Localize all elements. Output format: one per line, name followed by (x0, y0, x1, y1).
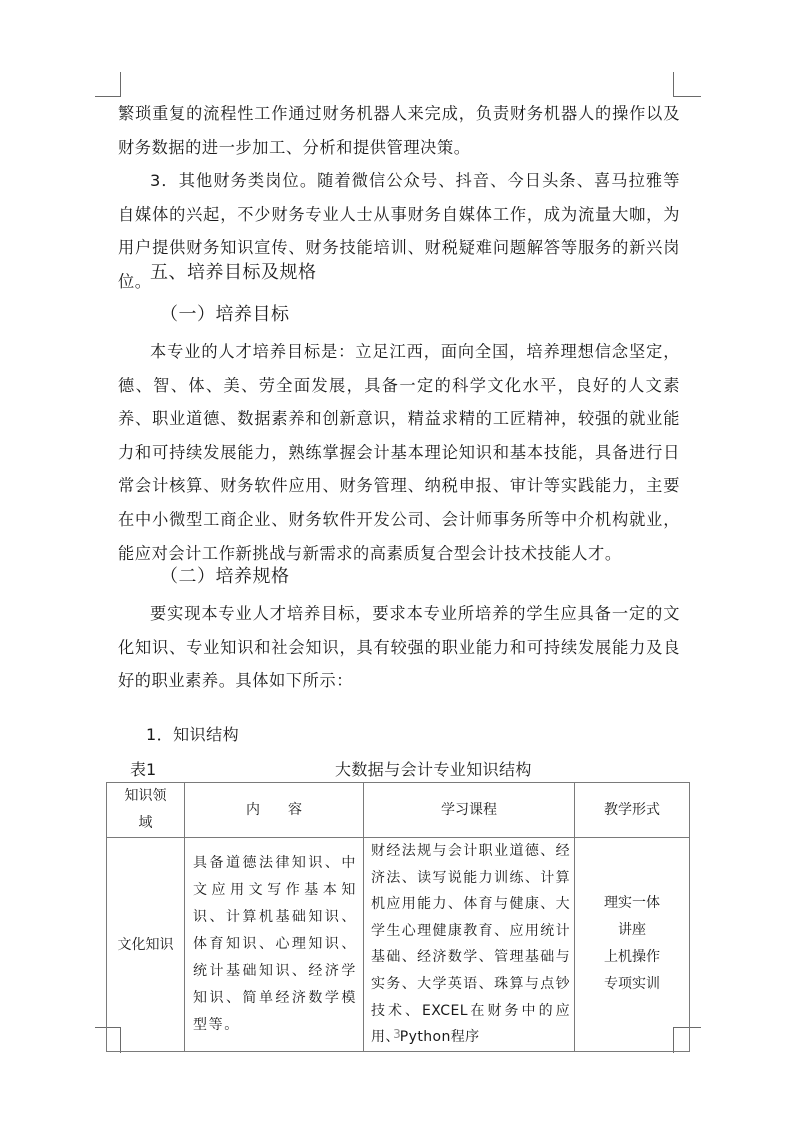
teaching-form-item: 讲座 (575, 917, 689, 944)
crop-mark-top-right (673, 72, 701, 97)
table-header-row: 知识领域 内 容 学习课程 教学形式 (107, 783, 690, 838)
teaching-form-item: 专项实训 (575, 971, 689, 998)
table-caption-number: 表1 (130, 757, 156, 780)
section-heading: 五、培养目标及规格 (150, 258, 317, 284)
paragraph-training-goals: 本专业的人才培养目标是：立足江西，面向全国，培养理想信念坚定，德、智、体、美、劳… (118, 335, 680, 570)
knowledge-structure-heading: 1．知识结构 (146, 722, 239, 745)
page-number: 3 (0, 1027, 794, 1041)
cell-courses: 财经法规与会计职业道德、经济法、读写说能力训练、计算机应用能力、体育与健康、大学… (364, 838, 575, 1052)
crop-mark-top-left (95, 72, 121, 97)
paragraph-robot-duties: 繁琐重复的流程性工作通过财务机器人来完成，负责财务机器人的操作以及财务数据的进一… (118, 97, 680, 164)
knowledge-structure-table: 知识领域 内 容 学习课程 教学形式 文化知识 具备道德法律知识、中文应用文写作… (106, 782, 690, 1052)
cell-content: 具备道德法律知识、中文应用文写作基本知识、计算机基础知识、体育知识、心理知识、统… (185, 838, 364, 1052)
paragraph-training-specs: 要实现本专业人才培养目标，要求本专业所培养的学生应具备一定的文化知识、专业知识和… (118, 597, 680, 698)
subsection-heading-specs: （二）培养规格 (160, 562, 290, 588)
teaching-form-item: 上机操作 (575, 944, 689, 971)
cell-teaching-forms: 理实一体 讲座 上机操作 专项实训 (575, 838, 690, 1052)
header-content: 内 容 (185, 783, 364, 838)
goals-text-block: 本专业的人才培养目标是：立足江西，面向全国，培养理想信念坚定，德、智、体、美、劳… (118, 335, 680, 570)
cell-domain: 文化知识 (107, 838, 185, 1052)
table-row: 文化知识 具备道德法律知识、中文应用文写作基本知识、计算机基础知识、体育知识、心… (107, 838, 690, 1052)
header-teaching-form: 教学形式 (575, 783, 690, 838)
specs-text-block: 要实现本专业人才培养目标，要求本专业所培养的学生应具备一定的文化知识、专业知识和… (118, 597, 680, 698)
header-courses: 学习课程 (364, 783, 575, 838)
header-knowledge-domain: 知识领域 (107, 783, 185, 838)
subsection-heading-goals: （一）培养目标 (160, 300, 290, 326)
teaching-form-item: 理实一体 (575, 890, 689, 917)
table-caption-title: 大数据与会计专业知识结构 (335, 757, 532, 780)
